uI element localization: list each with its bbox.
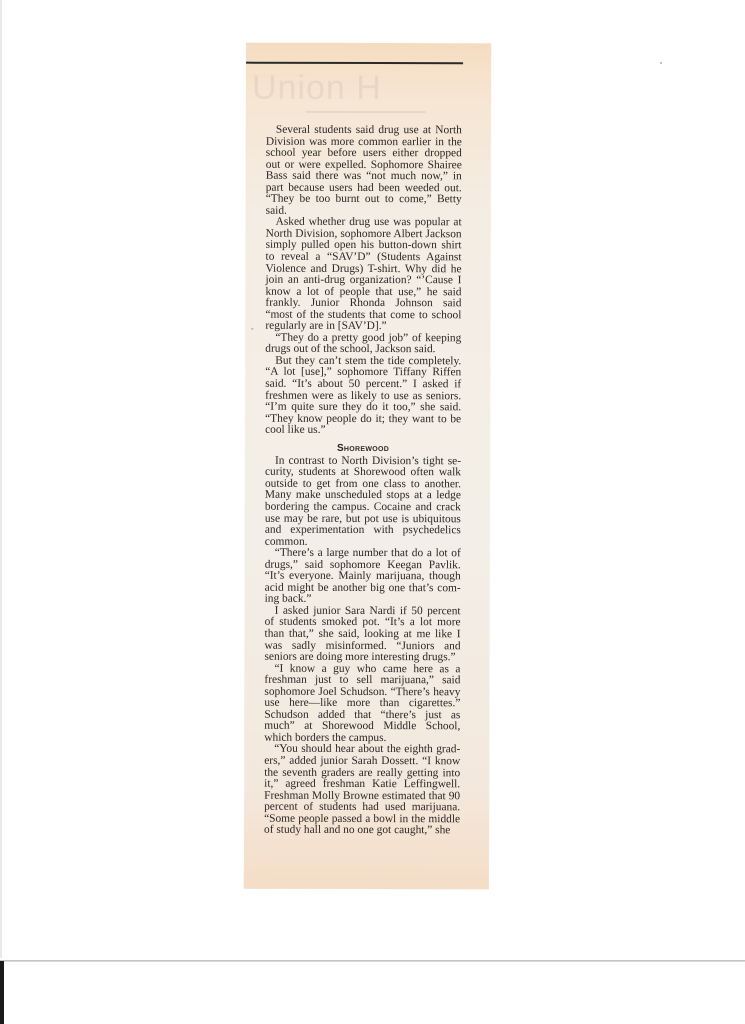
newspaper-clipping: Union H Several students said drug use a… <box>244 43 491 890</box>
bleed-through-rule <box>306 111 426 113</box>
dust-speck <box>251 328 253 330</box>
article-paragraph: I asked junior Sara Nardi if 50 percent … <box>264 606 460 664</box>
article-paragraph: In contrast to North Division’s tight se… <box>265 455 461 548</box>
column-rule <box>246 62 463 65</box>
section-heading: Shorewood <box>265 442 461 455</box>
article-paragraph: “They do a pretty good job” of keeping d… <box>265 333 461 357</box>
article-paragraph: Several students said drug use at North … <box>266 125 462 218</box>
scanner-lid-edge <box>0 960 745 962</box>
scanner-bed: Union H Several students said drug use a… <box>0 0 745 961</box>
article-paragraph: “I know a guy who came here as a fresh­m… <box>264 663 460 744</box>
article-paragraph: But they can’t stem the tide completely.… <box>265 356 461 437</box>
article-paragraph: “There’s a large number that do a lot of… <box>265 548 461 606</box>
scanner-dark-edge <box>0 961 4 1024</box>
article-paragraph: Asked whether drug use was popular at No… <box>265 217 461 333</box>
scan-left-edge-shadow <box>0 0 2 958</box>
article-column: Several students said drug use at North … <box>264 125 462 837</box>
bleed-through-headline: Union H <box>252 69 487 109</box>
dust-speck <box>660 62 662 64</box>
article-paragraph: “You should hear about the eighth grad­e… <box>264 744 460 837</box>
